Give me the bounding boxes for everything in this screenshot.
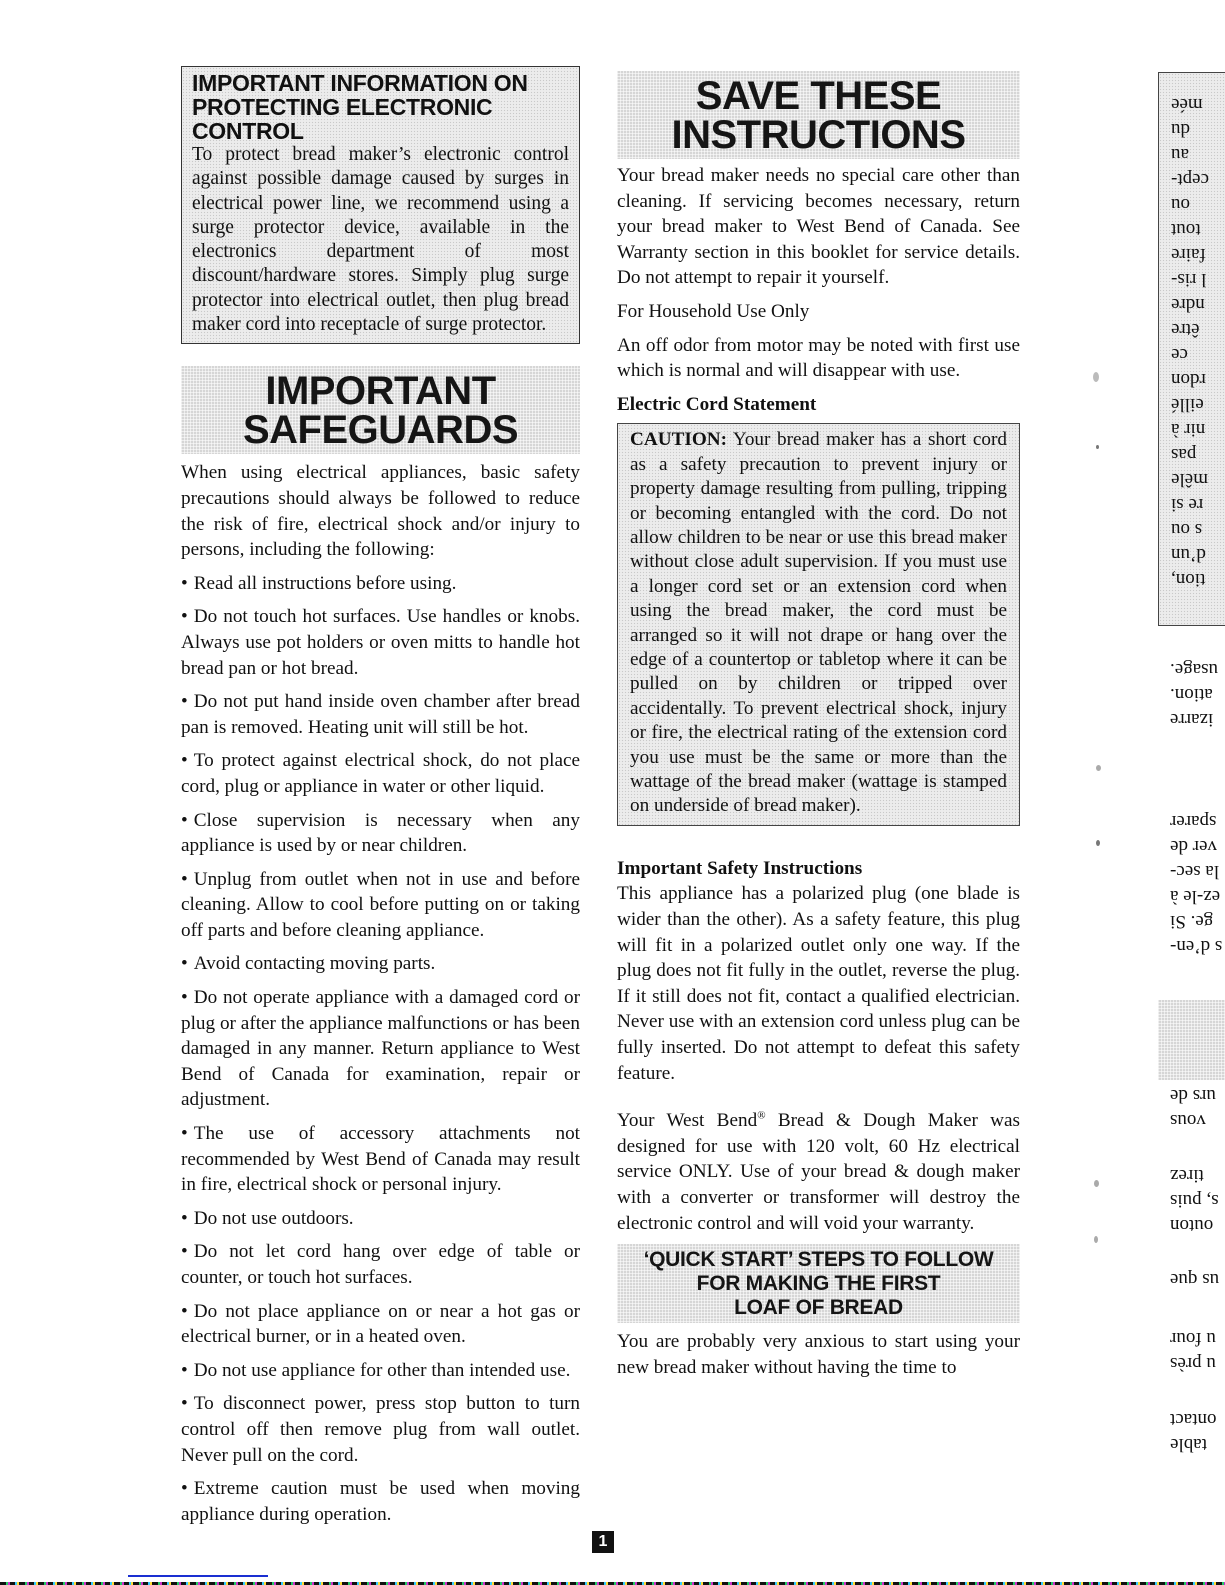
- safeguards-intro: When using electrical appliances, basic …: [181, 460, 580, 562]
- scan-speck: [1093, 372, 1099, 382]
- banner-line: ‘QUICK START’ STEPS TO FOLLOW: [617, 1248, 1020, 1272]
- save-instructions-banner: SAVE THESE INSTRUCTIONS: [617, 71, 1020, 159]
- bullet-icon: •: [181, 573, 188, 594]
- safeguard-item: •The use of accessory attachments not re…: [181, 1121, 580, 1198]
- quick-start-banner: ‘QUICK START’ STEPS TO FOLLOW FOR MAKING…: [617, 1244, 1020, 1323]
- bullet-icon: •: [181, 869, 188, 890]
- safeguard-item: •Do not put hand inside oven chamber aft…: [181, 689, 580, 740]
- scan-speck: [1096, 765, 1101, 771]
- bullet-icon: •: [181, 987, 188, 1008]
- banner-line: FOR MAKING THE FIRST: [617, 1272, 1020, 1296]
- scan-speck: [1096, 840, 1100, 846]
- caution-label: CAUTION:: [630, 429, 727, 450]
- bullet-icon: •: [181, 1301, 188, 1322]
- bullet-icon: •: [181, 810, 188, 831]
- safeguard-item: •To protect against electrical shock, do…: [181, 748, 580, 799]
- banner-line: SAVE THESE: [617, 77, 1020, 116]
- safeguard-item: •Read all instructions before using.: [181, 571, 580, 597]
- caution-text: CAUTION: Your bread maker has a short co…: [630, 428, 1007, 819]
- facing-page-boxed-note: mée du au cept- ou tout faire l ris- ndr…: [1158, 72, 1225, 626]
- banner-line: SAFEGUARDS: [181, 411, 580, 450]
- banner-line: IMPORTANT: [181, 372, 580, 411]
- bullet-icon: •: [181, 1478, 188, 1499]
- info-heading-line: IMPORTANT INFORMATION ON: [192, 71, 569, 95]
- bullet-icon: •: [181, 1393, 188, 1414]
- scan-speck: [1094, 1236, 1098, 1243]
- quick-start-paragraph: You are probably very anxious to start u…: [617, 1329, 1020, 1380]
- bullet-icon: •: [181, 1241, 188, 1262]
- safety-instructions-heading: Important Safety Instructions: [617, 856, 1020, 882]
- safeguard-item: •Extreme caution must be used when movin…: [181, 1476, 580, 1527]
- scan-speck: [1096, 445, 1099, 449]
- voltage-paragraph: Your West Bend® Bread & Dough Maker was …: [617, 1108, 1020, 1236]
- bullet-icon: •: [181, 1360, 188, 1381]
- safeguard-item: •Do not use appliance for other than int…: [181, 1358, 580, 1384]
- facing-page-fragment: mée du au cept- ou tout faire l ris- ndr…: [1158, 72, 1225, 1552]
- banner-line: LOAF OF BREAD: [617, 1296, 1020, 1320]
- safeguard-item: •Unplug from outlet when not in use and …: [181, 867, 580, 944]
- info-heading-line: PROTECTING ELECTRONIC: [192, 95, 569, 119]
- safeguard-item: •Do not let cord hang over edge of table…: [181, 1239, 580, 1290]
- safeguard-item: •Avoid contacting moving parts.: [181, 951, 580, 977]
- bullet-icon: •: [181, 606, 188, 627]
- care-paragraph: Your bread maker needs no special care o…: [617, 163, 1020, 291]
- facing-page-banner-fragment: [1158, 1000, 1225, 1080]
- safeguard-item: •Do not place appliance on or near a hot…: [181, 1299, 580, 1350]
- odor-paragraph: An off odor from motor may be noted with…: [617, 333, 1020, 384]
- info-box-body: To protect bread maker’s electronic cont…: [192, 143, 569, 337]
- caution-box: CAUTION: Your bread maker has a short co…: [617, 423, 1020, 826]
- middle-column: SAVE THESE INSTRUCTIONS Your bread maker…: [617, 71, 1020, 1380]
- bullet-icon: •: [181, 750, 188, 771]
- safeguard-item: •To disconnect power, press stop button …: [181, 1391, 580, 1468]
- safeguard-item: •Do not operate appliance with a damaged…: [181, 985, 580, 1113]
- safeguard-item: •Close supervision is necessary when any…: [181, 808, 580, 859]
- bullet-icon: •: [181, 691, 188, 712]
- scan-speck: [1094, 1180, 1099, 1187]
- household-use-note: For Household Use Only: [617, 299, 1020, 325]
- bullet-icon: •: [181, 1208, 188, 1229]
- safeguard-item: •Do not use outdoors.: [181, 1206, 580, 1232]
- safeguards-list: •Read all instructions before using. •Do…: [181, 571, 580, 1528]
- caution-body: Your bread maker has a short cord as a s…: [630, 429, 1007, 816]
- info-box-heading: IMPORTANT INFORMATION ON PROTECTING ELEC…: [192, 71, 569, 143]
- registered-mark: ®: [757, 1110, 765, 1122]
- polarized-plug-paragraph: This appliance has a polarized plug (one…: [617, 881, 1020, 1086]
- bullet-icon: •: [181, 953, 188, 974]
- banner-line: INSTRUCTIONS: [617, 116, 1020, 155]
- bullet-icon: •: [181, 1123, 188, 1144]
- page-number-badge: 1: [592, 1531, 614, 1553]
- info-heading-line: CONTROL: [192, 119, 569, 143]
- electronic-control-info-box: IMPORTANT INFORMATION ON PROTECTING ELEC…: [181, 66, 580, 344]
- important-safeguards-banner: IMPORTANT SAFEGUARDS: [181, 366, 580, 454]
- left-column: IMPORTANT INFORMATION ON PROTECTING ELEC…: [181, 66, 580, 1535]
- scan-edge-line: [128, 1575, 268, 1577]
- safeguard-item: •Do not touch hot surfaces. Use handles …: [181, 604, 580, 681]
- cord-statement-heading: Electric Cord Statement: [617, 392, 1020, 418]
